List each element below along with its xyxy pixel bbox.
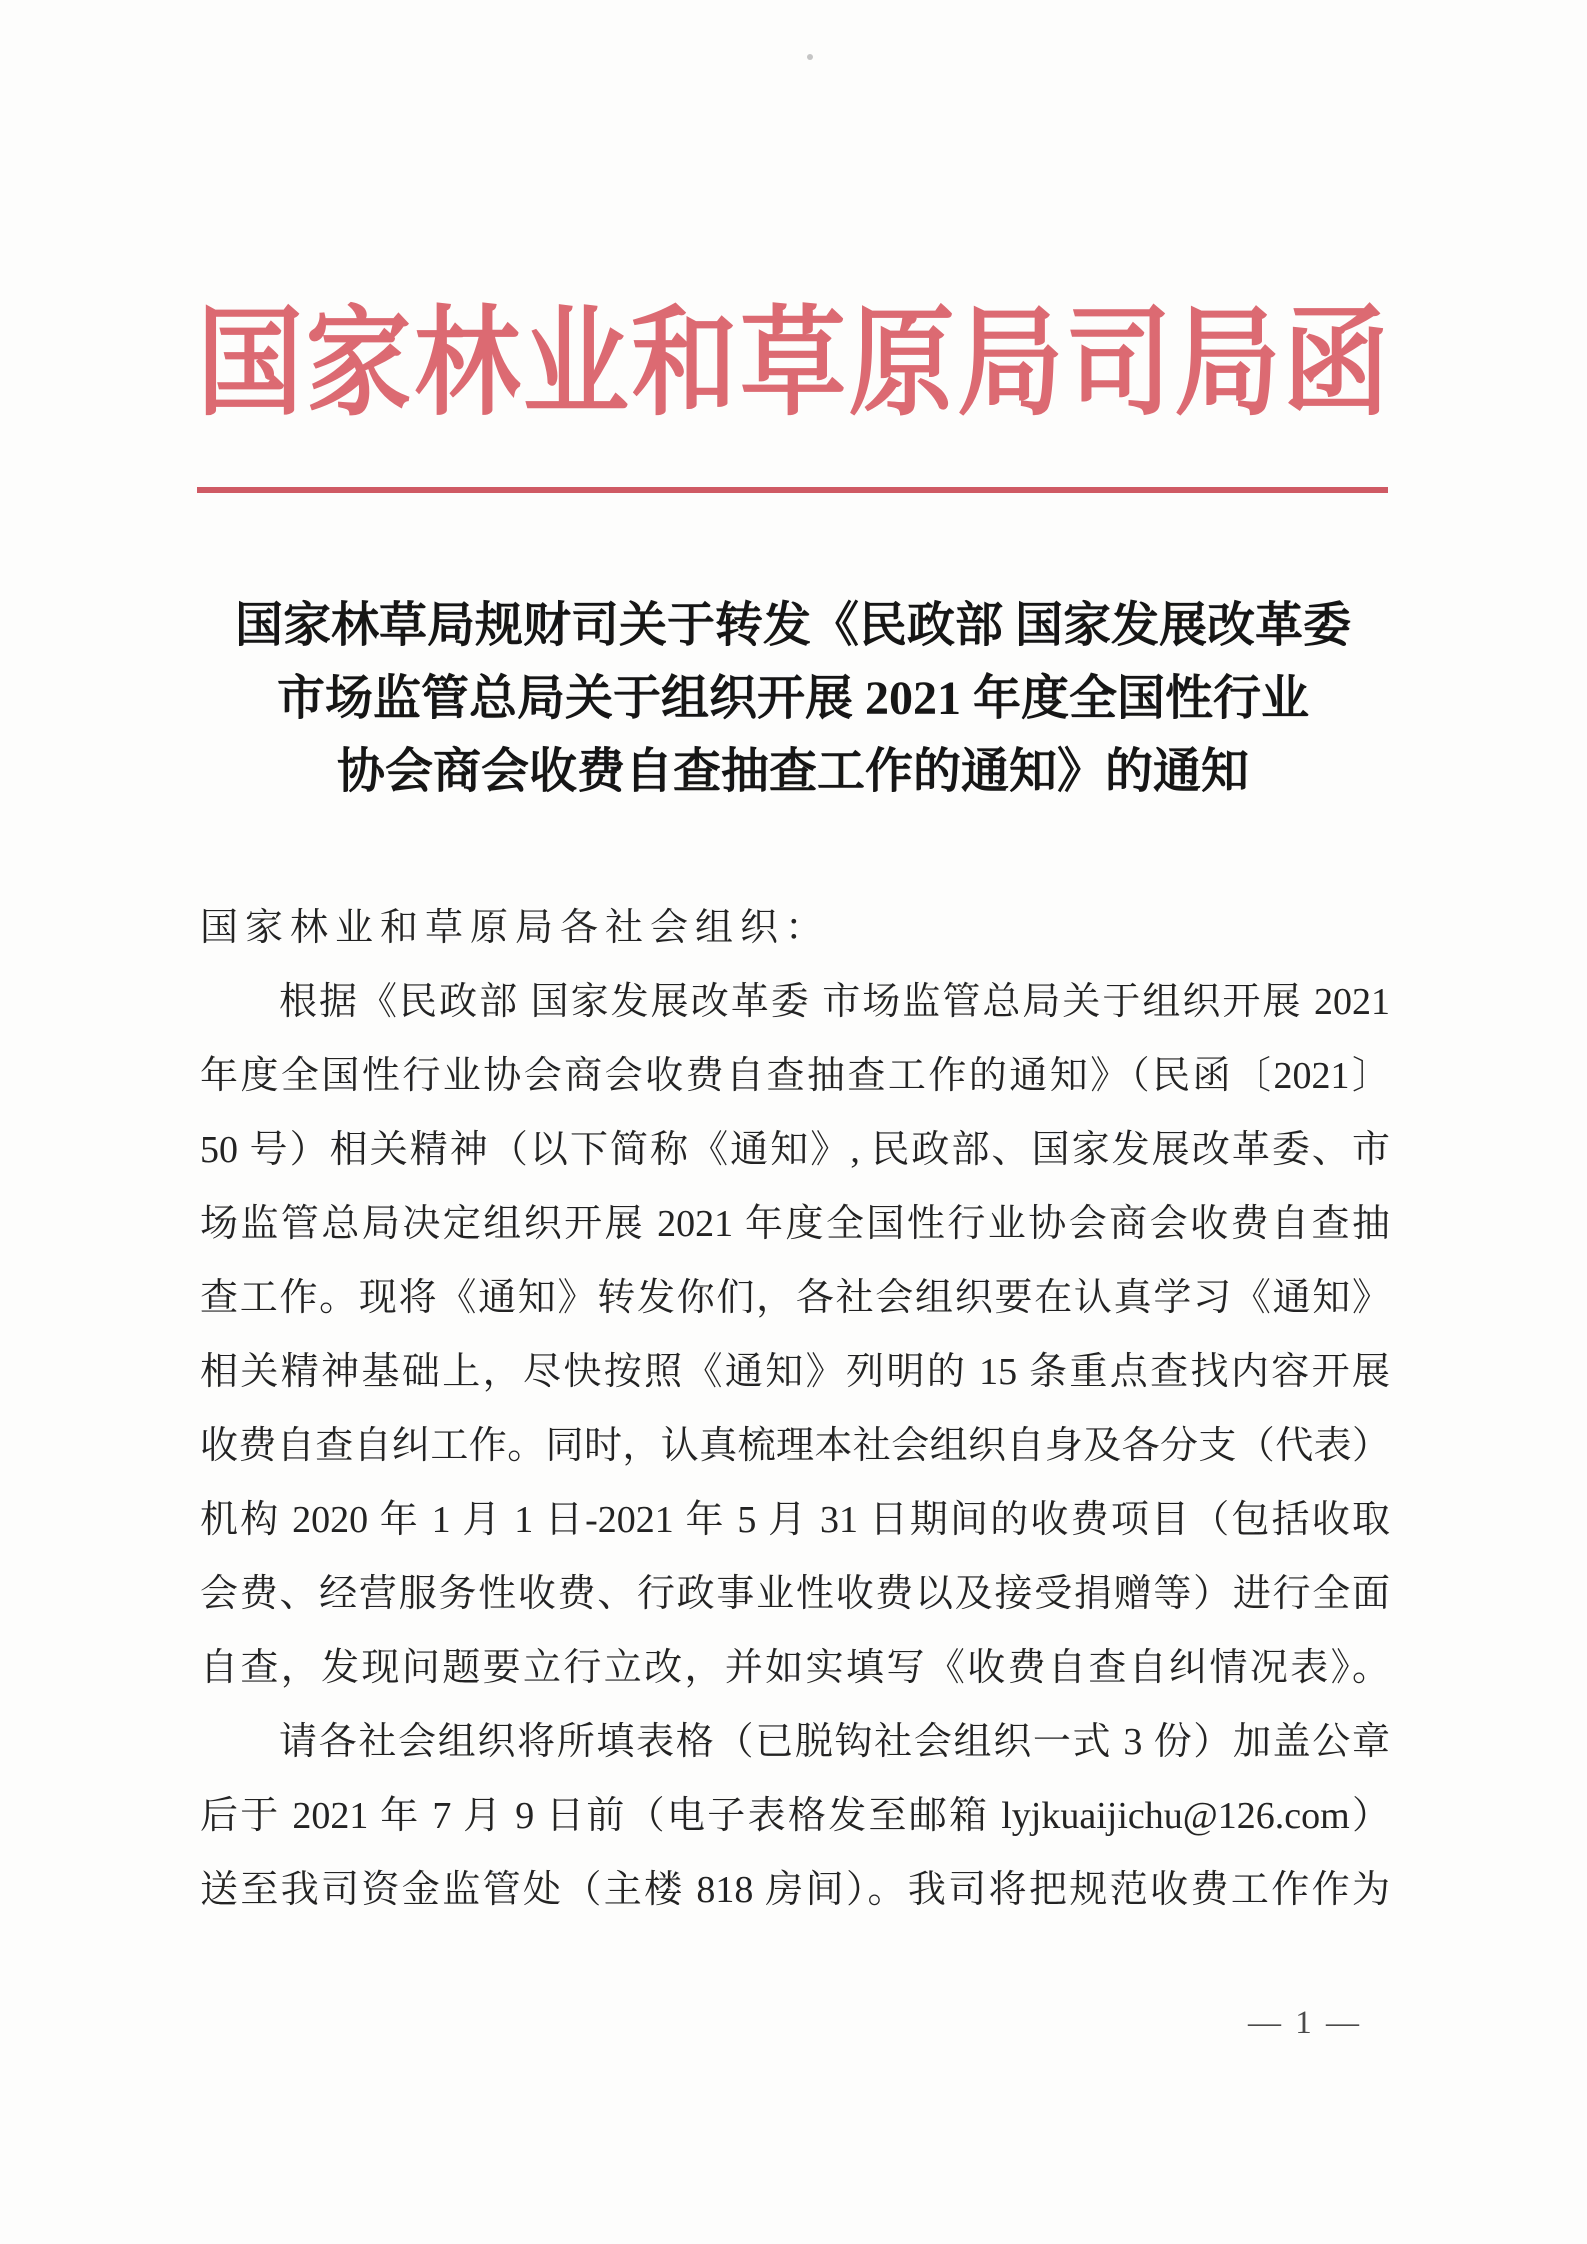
doc-title-line-2: 市场监管总局关于组织开展 2021 年度全国性行业 (197, 662, 1389, 735)
body-line: 请各社会组织将所填表格（已脱钩社会组织一式 3 份）加盖公章 (200, 1705, 1390, 1779)
scanned-document-page: 国家林业和草原局司局函 国家林草局规财司关于转发《民政部 国家发展改革委 市场监… (0, 0, 1587, 2244)
scan-artifact-dot (807, 54, 813, 60)
body-line: 后于 2021 年 7 月 9 日前（电子表格发至邮箱 lyjkuaijichu… (200, 1779, 1390, 1853)
body-line: 收费自查自纠工作。同时，认真梳理本社会组织自身及各分支（代表） (200, 1409, 1390, 1483)
doc-title-line-3: 协会商会收费自查抽查工作的通知》的通知 (197, 735, 1389, 808)
body-line: 机构 2020 年 1 月 1 日-2021 年 5 月 31 日期间的收费项目… (200, 1483, 1390, 1557)
body-line: 会费、经营服务性收费、行政事业性收费以及接受捐赠等）进行全面 (200, 1557, 1390, 1631)
body-line: 年度全国性行业协会商会收费自查抽查工作的通知》（民函〔2021〕 (200, 1039, 1390, 1113)
body-line: 相关精神基础上，尽快按照《通知》列明的 15 条重点查找内容开展 (200, 1335, 1390, 1409)
body-line: 根据《民政部 国家发展改革委 市场监管总局关于组织开展 2021 (200, 965, 1390, 1039)
doc-title-line-1: 国家林草局规财司关于转发《民政部 国家发展改革委 (197, 589, 1389, 662)
body-line: 自查，发现问题要立行立改，并如实填写《收费自查自纠情况表》。 (200, 1631, 1390, 1705)
document-title: 国家林草局规财司关于转发《民政部 国家发展改革委 市场监管总局关于组织开展 20… (197, 589, 1389, 808)
letterhead-divider (197, 487, 1388, 493)
body-line: 查工作。现将《通知》转发你们，各社会组织要在认真学习《通知》 (200, 1261, 1390, 1335)
document-body: 国家林业和草原局各社会组织： 根据《民政部 国家发展改革委 市场监管总局关于组织… (200, 891, 1390, 1927)
body-line: 送至我司资金监管处（主楼 818 房间）。我司将把规范收费工作作为 (200, 1853, 1390, 1927)
salutation: 国家林业和草原局各社会组织： (200, 891, 1390, 965)
letterhead-title: 国家林业和草原局司局函 (197, 292, 1389, 438)
body-line: 50 号）相关精神（以下简称《通知》, 民政部、国家发展改革委、市 (200, 1113, 1390, 1187)
page-number: — 1 — (1225, 2002, 1385, 2044)
body-line: 场监管总局决定组织开展 2021 年度全国性行业协会商会收费自查抽 (200, 1187, 1390, 1261)
